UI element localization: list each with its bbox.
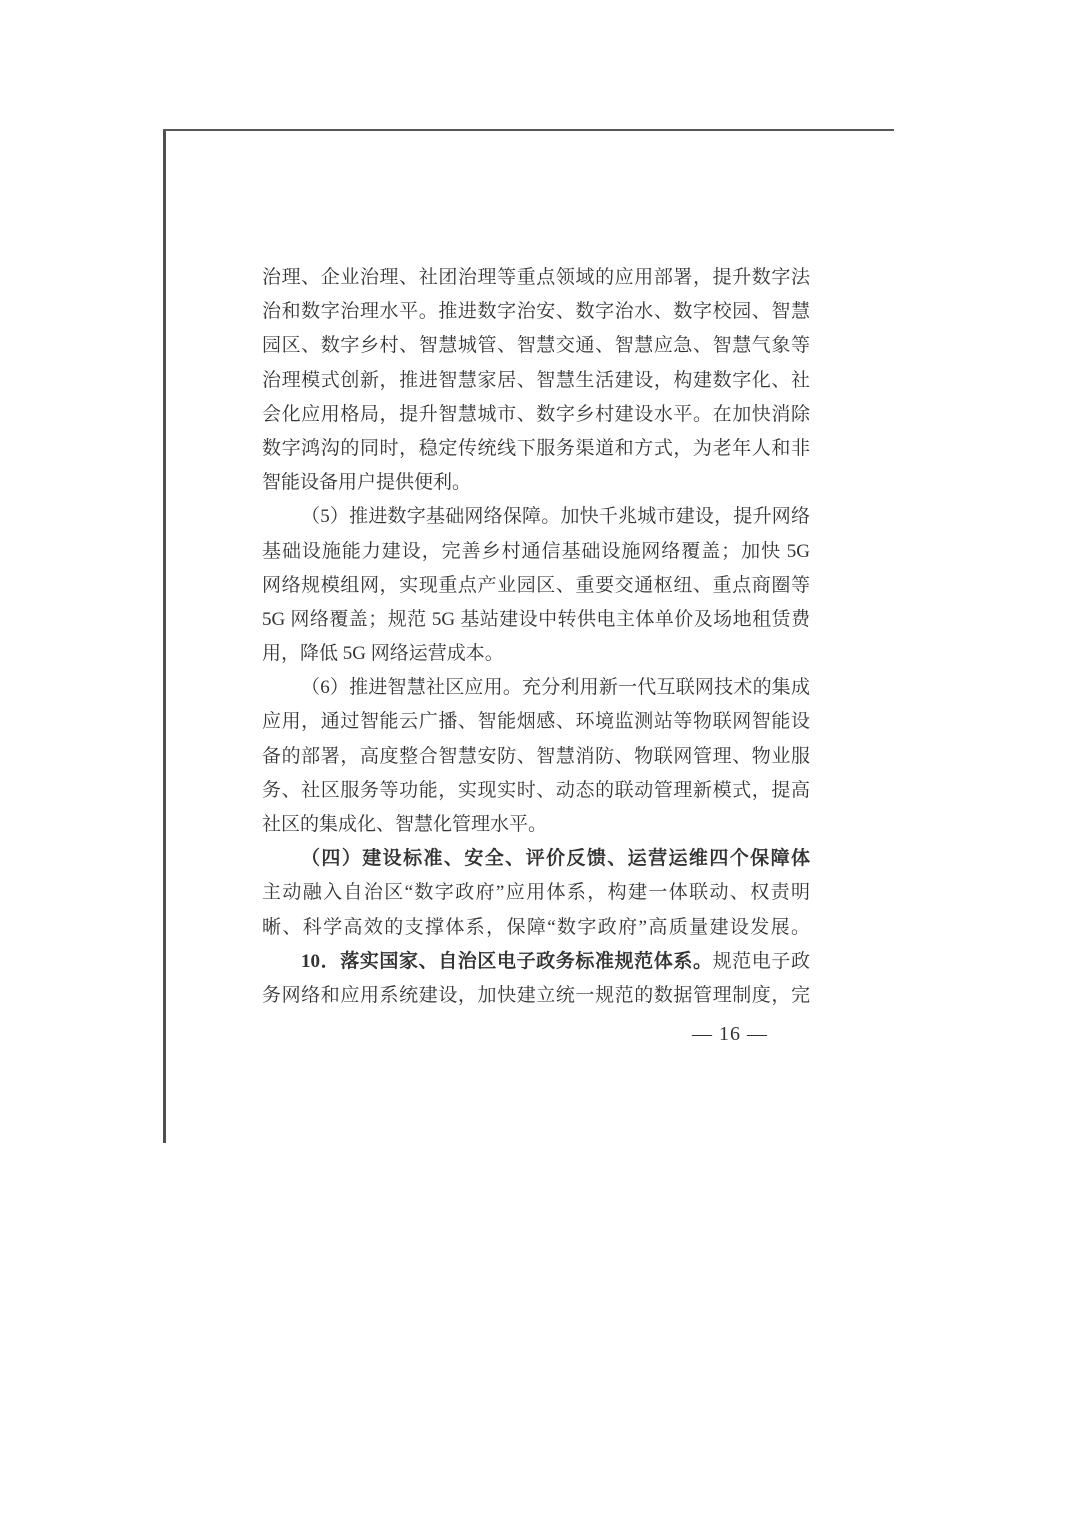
text-segment: 晰、科学高效的支撑体系，保障“数字政府”高质量建设发展。 — [262, 917, 810, 938]
text-line: 治理、企业治理、社团治理等重点领域的应用部署，提升数字法 — [262, 261, 810, 295]
text-segment: 基础设施能力建设，完善乡村通信基础设施网络覆盖；加快 5G — [262, 541, 810, 562]
text-segment: 数字鸿沟的同时，稳定传统线下服务渠道和方式，为老年人和非 — [262, 438, 810, 459]
text-line: 应用，通过智能云广播、智能烟感、环境监测站等物联网智能设 — [262, 705, 810, 739]
text-line: 晰、科学高效的支撑体系，保障“数字政府”高质量建设发展。 — [262, 911, 810, 945]
text-segment: 规范电子政 — [713, 951, 810, 972]
text-line: 会化应用格局，提升智慧城市、数字乡村建设水平。在加快消除 — [262, 398, 810, 432]
text-line: 用，降低 5G 网络运营成本。 — [262, 637, 810, 671]
text-segment: 10．落实国家、自治区电子政务标准规范体系。 — [301, 951, 713, 972]
text-line: 务、社区服务等功能，实现实时、动态的联动管理新模式，提高 — [262, 774, 810, 808]
text-segment: 应用，通过智能云广播、智能烟感、环境监测站等物联网智能设 — [262, 711, 810, 732]
text-line: 基础设施能力建设，完善乡村通信基础设施网络覆盖；加快 5G — [262, 535, 810, 569]
page-edge-top — [163, 129, 894, 131]
page-edge-left — [163, 129, 166, 1143]
text-segment: 网络规模组网，实现重点产业园区、重要交通枢纽、重点商圈等 — [262, 575, 810, 596]
text-line: （四）建设标准、安全、评价反馈、运营运维四个保障体系。 — [262, 842, 810, 876]
text-line: 园区、数字乡村、智慧城管、智慧交通、智慧应急、智慧气象等 — [262, 329, 810, 363]
text-segment: （四）建设标准、安全、评价反馈、运营运维四个保障体系。 — [262, 848, 810, 876]
text-line: 治和数字治理水平。推进数字治安、数字治水、数字校园、智慧 — [262, 295, 810, 329]
text-segment: 治理模式创新，推进智慧家居、智慧生活建设，构建数字化、社 — [262, 370, 810, 391]
page-number: — 16 — — [650, 1021, 810, 1047]
text-segment: 务、社区服务等功能，实现实时、动态的联动管理新模式，提高 — [262, 780, 810, 801]
text-line: 5G 网络覆盖；规范 5G 基站建设中转供电主体单价及场地租赁费 — [262, 603, 810, 637]
text-line: 备的部署，高度整合智慧安防、智慧消防、物联网管理、物业服 — [262, 740, 810, 774]
text-line: 10．落实国家、自治区电子政务标准规范体系。规范电子政 — [262, 945, 810, 979]
text-segment: 主动融入自治区“数字政府”应用体系，构建一体联动、权责明 — [262, 882, 810, 903]
text-line: 治理模式创新，推进智慧家居、智慧生活建设，构建数字化、社 — [262, 364, 810, 398]
text-line: （6）推进智慧社区应用。充分利用新一代互联网技术的集成 — [262, 671, 810, 705]
text-segment: 用，降低 5G 网络运营成本。 — [262, 643, 504, 664]
text-line: 数字鸿沟的同时，稳定传统线下服务渠道和方式，为老年人和非 — [262, 432, 810, 466]
text-line: 主动融入自治区“数字政府”应用体系，构建一体联动、权责明 — [262, 876, 810, 910]
text-segment: 智能设备用户提供便利。 — [262, 472, 471, 493]
text-segment: （5）推进数字基础网络保障。加快千兆城市建设，提升网络 — [301, 506, 810, 527]
text-segment: 治理、企业治理、社团治理等重点领域的应用部署，提升数字法 — [262, 267, 810, 288]
text-segment: （6）推进智慧社区应用。充分利用新一代互联网技术的集成 — [301, 677, 810, 698]
text-line: 智能设备用户提供便利。 — [262, 466, 810, 500]
text-segment: 备的部署，高度整合智慧安防、智慧消防、物联网管理、物业服 — [262, 746, 810, 767]
text-line: 社区的集成化、智慧化管理水平。 — [262, 808, 810, 842]
document-text-block: 治理、企业治理、社团治理等重点领域的应用部署，提升数字法治和数字治理水平。推进数… — [262, 261, 810, 1013]
text-segment: 园区、数字乡村、智慧城管、智慧交通、智慧应急、智慧气象等 — [262, 335, 810, 356]
text-segment: 务网络和应用系统建设，加快建立统一规范的数据管理制度，完 — [262, 985, 810, 1006]
text-line: （5）推进数字基础网络保障。加快千兆城市建设，提升网络 — [262, 500, 810, 534]
text-segment: 社区的集成化、智慧化管理水平。 — [262, 814, 547, 835]
text-line: 务网络和应用系统建设，加快建立统一规范的数据管理制度，完 — [262, 979, 810, 1013]
text-segment: 治和数字治理水平。推进数字治安、数字治水、数字校园、智慧 — [262, 301, 810, 322]
text-line: 网络规模组网，实现重点产业园区、重要交通枢纽、重点商圈等 — [262, 569, 810, 603]
text-segment: 会化应用格局，提升智慧城市、数字乡村建设水平。在加快消除 — [262, 404, 810, 425]
text-segment: 5G 网络覆盖；规范 5G 基站建设中转供电主体单价及场地租赁费 — [262, 609, 810, 630]
